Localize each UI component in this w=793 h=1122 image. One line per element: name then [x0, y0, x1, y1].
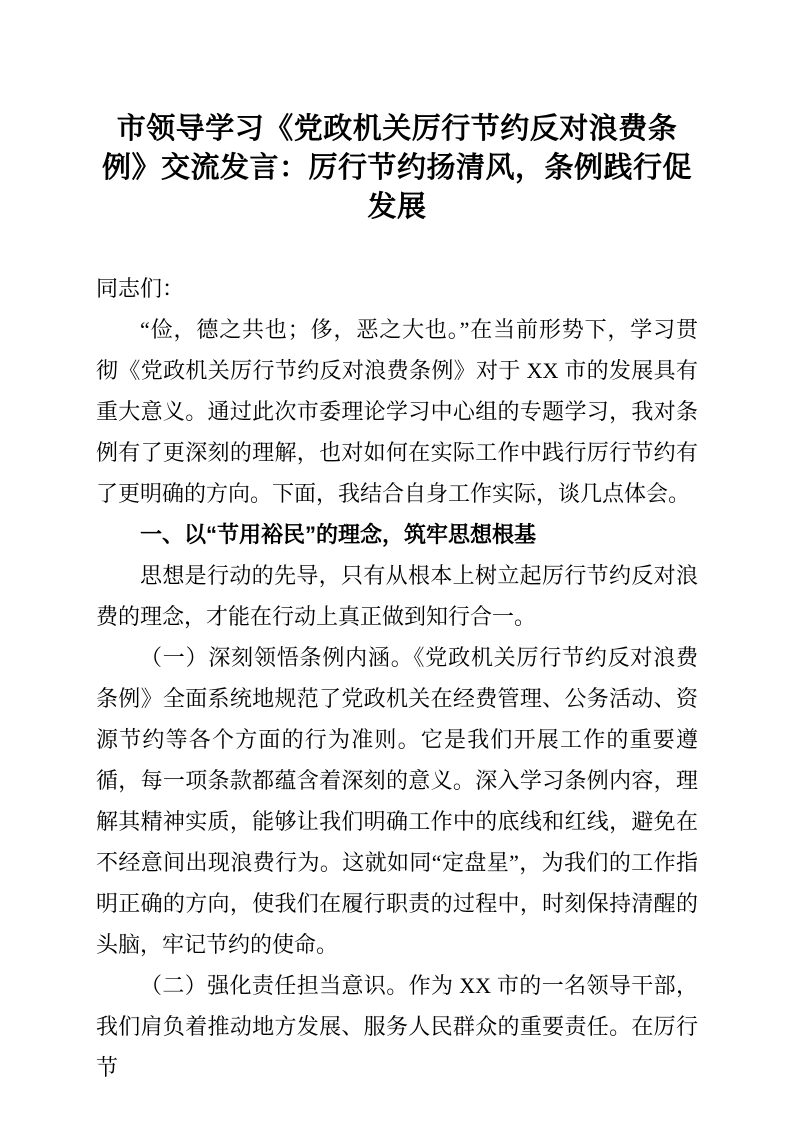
paragraph-subpoint-1: （一）深刻领悟条例内涵。《党政机关厉行节约反对浪费条例》全面系统地规范了党政机关… — [96, 637, 698, 965]
document-page: 市领导学习《党政机关厉行节约反对浪费条例》交流发言：厉行节约扬清风，条例践行促发… — [0, 0, 793, 1122]
document-title: 市领导学习《党政机关厉行节约反对浪费条例》交流发言：厉行节约扬清风，条例践行促发… — [96, 110, 698, 227]
paragraph-thought-basis: 思想是行动的先导，只有从根本上树立起厉行节约反对浪费的理念，才能在行动上真正做到… — [96, 555, 698, 637]
salutation: 同志们： — [96, 268, 698, 309]
paragraph-subpoint-2: （二）强化责任担当意识。作为 XX 市的一名领导干部，我们肩负着推动地方发展、服… — [96, 965, 698, 1088]
paragraph-intro: “俭，德之共也；侈，恶之大也。”在当前形势下，学习贯彻《党政机关厉行节约反对浪费… — [96, 309, 698, 514]
section-heading-1: 一、以“节用裕民”的理念，筑牢思想根基 — [96, 514, 698, 555]
